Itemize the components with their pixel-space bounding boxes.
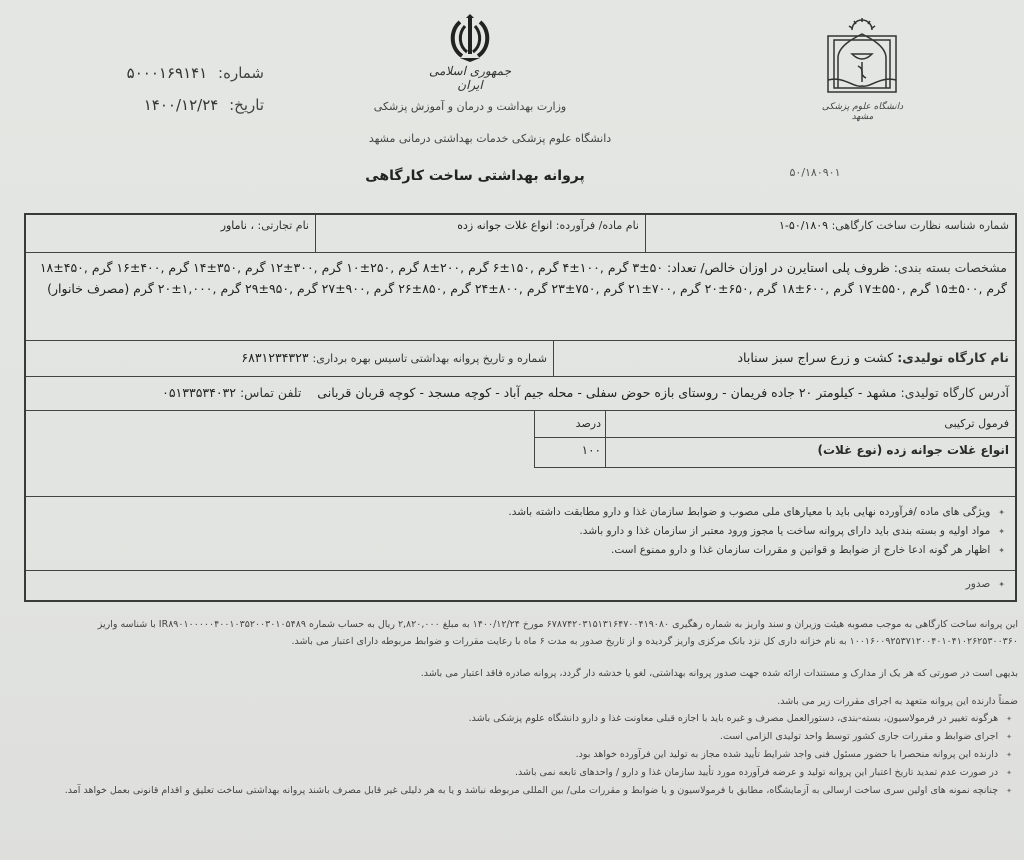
formula-header-percent: درصد	[541, 417, 601, 430]
document-code: ۵۰/۱۸۰۹۰۱	[765, 166, 865, 179]
reference-number-value: ۵۰۰۰۱۶۹۱۴۱	[127, 64, 208, 82]
row-address: آدرس کارگاه تولیدی: مشهد - کیلومتر ۲۰ جا…	[26, 377, 1015, 411]
conditions-list: ویژگی های ماده /فرآورده نهایی باید با مع…	[26, 497, 1015, 560]
brand-name-label: نام تجارتی:	[258, 219, 309, 232]
supervision-id-cell: شماره شناسه نظارت ساخت کارگاهی: ۵۰/۱۸۰۹-…	[645, 215, 1015, 252]
validity-text: بدیهی است در صورتی که هر یک از مدارک و م…	[40, 665, 1018, 682]
obligation-item: در صورت عدم تمدید تاریخ اعتبار این پروان…	[40, 764, 1012, 782]
product-name-cell: نام ماده/ فرآورده: انواع غلات جوانه زده	[315, 215, 645, 252]
reference-number: شماره: ۵۰۰۰۱۶۹۱۴۱	[84, 64, 264, 82]
reference-number-label: شماره:	[218, 64, 264, 82]
row-identifiers: شماره شناسه نظارت ساخت کارگاهی: ۵۰/۱۸۰۹-…	[26, 215, 1015, 253]
brand-name-value: ، ناماور	[221, 219, 254, 232]
license-document: شماره: ۵۰۰۰۱۶۹۱۴۱ تاریخ: ۱۴۰۰/۱۲/۲۴ جمهو…	[0, 0, 1024, 860]
obligations-section: ضمناً دارنده این پروانه متعهد به اجرای م…	[40, 693, 1018, 800]
ministry-name: وزارت بهداشت و درمان و آموزش پزشکی	[340, 100, 600, 113]
packaging-cell: مشخصات بسته بندی: ظروف پلی استایرن در او…	[26, 253, 1015, 340]
obligation-item: اجرای ضوابط و مقررات جاری کشور توسط واحد…	[40, 728, 1012, 746]
issued-label: صدور	[26, 571, 1015, 597]
reference-date-value: ۱۴۰۰/۱۲/۲۴	[144, 96, 219, 114]
product-name-value: انواع غلات جوانه زده	[457, 219, 552, 232]
reference-date-label: تاریخ:	[229, 96, 264, 114]
formula-header-name: فرمول ترکیبی	[944, 417, 1009, 430]
formula-ingredient: انواع غلات جوانه زده (نوع غلات)	[818, 443, 1010, 457]
payment-text: این پروانه ساخت کارگاهی به موجب مصوبه هی…	[40, 616, 1018, 650]
product-name-label: نام ماده/ فرآورده:	[556, 219, 639, 232]
license-number-cell: شماره و تاریخ پروانه بهداشتی تاسیس بهره …	[26, 341, 553, 376]
university-logo-icon	[824, 16, 900, 100]
workshop-name-cell: نام کارگاه تولیدی: کشت و زرع سراج سبز سن…	[553, 341, 1015, 376]
document-title: پروانه بهداشتی ساخت کارگاهی	[360, 168, 590, 184]
packaging-value: ظروف پلی استایرن در اوزان خالص/ تعداد: ۵…	[40, 260, 1007, 296]
license-number-value: ۶۸۳۱۲۳۴۳۲۳	[241, 350, 308, 365]
row-workshop: نام کارگاه تولیدی: کشت و زرع سراج سبز سن…	[26, 341, 1015, 377]
supervision-id-value: ۵۰/۱۸۰۹-۱	[779, 219, 828, 232]
formula-row: انواع غلات جوانه زده (نوع غلات) ۱۰۰	[535, 437, 1015, 467]
university-name: دانشگاه علوم پزشکی خدمات بهداشتی درمانی …	[340, 132, 640, 145]
workshop-name-label: نام کارگاه تولیدی:	[897, 350, 1009, 365]
address-cell: آدرس کارگاه تولیدی: مشهد - کیلومتر ۲۰ جا…	[26, 377, 1015, 410]
formula-table: فرمول ترکیبی درصد انواع غلات جوانه زده (…	[534, 411, 1015, 468]
row-formula: فرمول ترکیبی درصد انواع غلات جوانه زده (…	[26, 411, 1015, 497]
address-label: آدرس کارگاه تولیدی:	[901, 385, 1009, 400]
obligation-item: چنانچه نمونه های اولین سری ساخت ارسالی ب…	[40, 782, 1012, 800]
obligation-item: هرگونه تغییر در فرمولاسیون، بسته-بندی، د…	[40, 710, 1012, 728]
row-packaging: مشخصات بسته بندی: ظروف پلی استایرن در او…	[26, 253, 1015, 341]
brand-name-cell: نام تجارتی: ، ناماور	[26, 215, 315, 252]
obligation-item: دارنده این پروانه منحصرا با حضور مسئول ف…	[40, 746, 1012, 764]
formula-divider	[605, 411, 606, 467]
condition-item: ویژگی های ماده /فرآورده نهایی باید با مع…	[26, 503, 1005, 522]
iran-emblem-icon	[446, 14, 494, 64]
university-logo-caption: دانشگاه علوم پزشکی مشهد	[815, 102, 910, 122]
workshop-name-value: کشت و زرع سراج سبز سناباد	[737, 350, 893, 365]
phone-label: تلفن تماس:	[240, 385, 301, 400]
phone-value: ۰۵۱۳۳۵۳۴۰۳۲	[162, 385, 236, 400]
address-value: مشهد - کیلومتر ۲۰ جاده فریمان - روستای ب…	[317, 385, 896, 400]
row-conditions: ویژگی های ماده /فرآورده نهایی باید با مع…	[26, 497, 1015, 571]
row-issued: صدور	[26, 571, 1015, 600]
republic-caption: جمهوری اسلامی ایران	[425, 64, 515, 92]
formula-header: فرمول ترکیبی درصد	[535, 411, 1015, 438]
supervision-id-label: شماره شناسه نظارت ساخت کارگاهی:	[832, 219, 1009, 232]
obligations-list: هرگونه تغییر در فرمولاسیون، بسته-بندی، د…	[40, 710, 1018, 800]
license-number-label: شماره و تاریخ پروانه بهداشتی تاسیس بهره …	[313, 352, 547, 365]
condition-item: مواد اولیه و بسته بندی باید دارای پروانه…	[26, 522, 1005, 541]
license-form-table: شماره شناسه نظارت ساخت کارگاهی: ۵۰/۱۸۰۹-…	[24, 213, 1017, 602]
packaging-label: مشخصات بسته بندی:	[894, 260, 1007, 275]
formula-percent: ۱۰۰	[541, 443, 601, 457]
reference-date: تاریخ: ۱۴۰۰/۱۲/۲۴	[84, 96, 264, 114]
condition-item: اظهار هر گونه ادعا خارج از ضوابط و قوانی…	[26, 541, 1005, 560]
obligations-intro: ضمناً دارنده این پروانه متعهد به اجرای م…	[40, 693, 1018, 710]
